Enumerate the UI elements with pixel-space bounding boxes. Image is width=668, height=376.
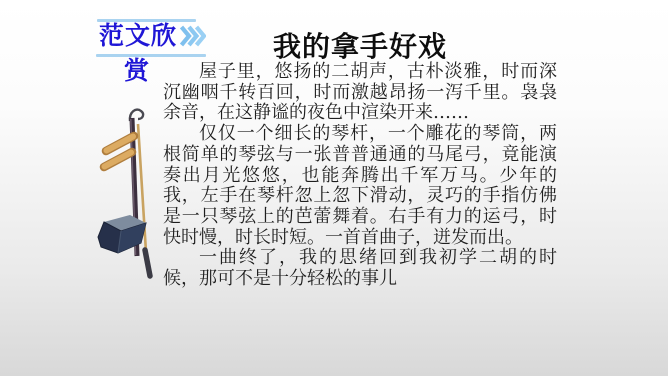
- essay-text: 屋子里，悠扬的二胡声，古朴淡雅，时而深沉幽咽千转百回，时而激越昂扬一泻千里。袅袅…: [163, 62, 557, 290]
- essay-paragraph-1: 屋子里，悠扬的二胡声，古朴淡雅，时而深沉幽咽千转百回，时而激越昂扬一泻千里。袅袅…: [163, 62, 557, 124]
- essay-paragraph-2: 仅仅一个细长的琴杆，一个雕花的琴筒，两根简单的琴弦与一张普普通通的马尾弓，竟能演…: [163, 124, 557, 248]
- slide-canvas: 范文欣 赏 我的拿手好戏: [0, 0, 668, 376]
- essay-paragraph-3: 一曲终了，我的思绪回到我初学二胡的时候，那可不是十分轻松的事儿: [163, 248, 557, 289]
- slide-title: 我的拿手好戏: [163, 25, 557, 65]
- erhu-bow-tip: [145, 250, 150, 276]
